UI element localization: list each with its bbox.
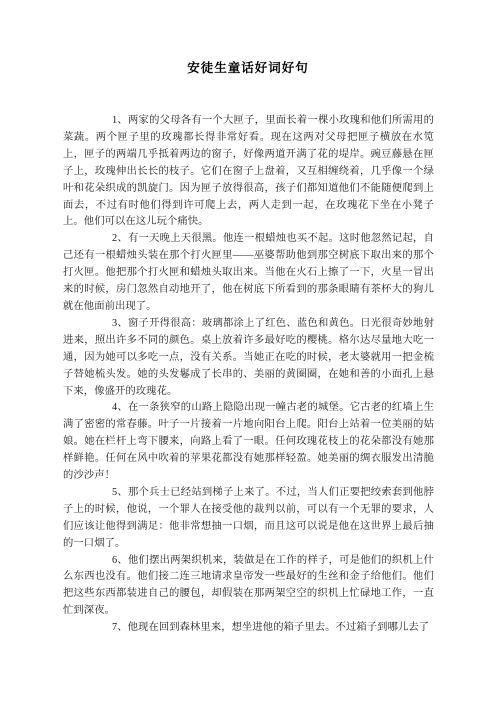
document-body: 1、两家的父母各有一个大匣子，里面长着一棵小玫瑰和他们所需用的菜蔬。两个匣子里的…	[63, 113, 434, 637]
paragraph: 5、那个兵士已经站到梯子上来了。不过，当人们正要把绞索套到他脖子上的时候，他说，…	[63, 485, 434, 553]
paragraph: 6、他们摆出两架织机来，装做是在工作的样子，可是他们的织机上什么东西也没有。他们…	[63, 553, 434, 621]
paragraph: 4、在一条狭窄的山路上隐隐出现一幢古老的城堡。它古老的红墙上生满了密密的常春藤。…	[63, 400, 434, 485]
paragraph: 2、有一天晚上天很黑。他连一根蜡烛也买不起。这时他忽然记起，自己还有一根蜡烛头装…	[63, 231, 434, 316]
paragraph: 1、两家的父母各有一个大匣子，里面长着一棵小玫瑰和他们所需用的菜蔬。两个匣子里的…	[63, 113, 434, 231]
document-title: 安徒生童话好词好句	[0, 0, 496, 113]
paragraph: 3、窗子开得很高：玻璃都涂上了红色、蓝色和黄色。日光很奇妙地射进来，照出许多不同…	[63, 316, 434, 401]
paragraph: 7、他现在回到森林里来，想坐进他的箱子里去。不过箱子到哪儿去了	[63, 620, 434, 637]
document-page: 安徒生童话好词好句 1、两家的父母各有一个大匣子，里面长着一棵小玫瑰和他们所需用…	[0, 0, 496, 702]
